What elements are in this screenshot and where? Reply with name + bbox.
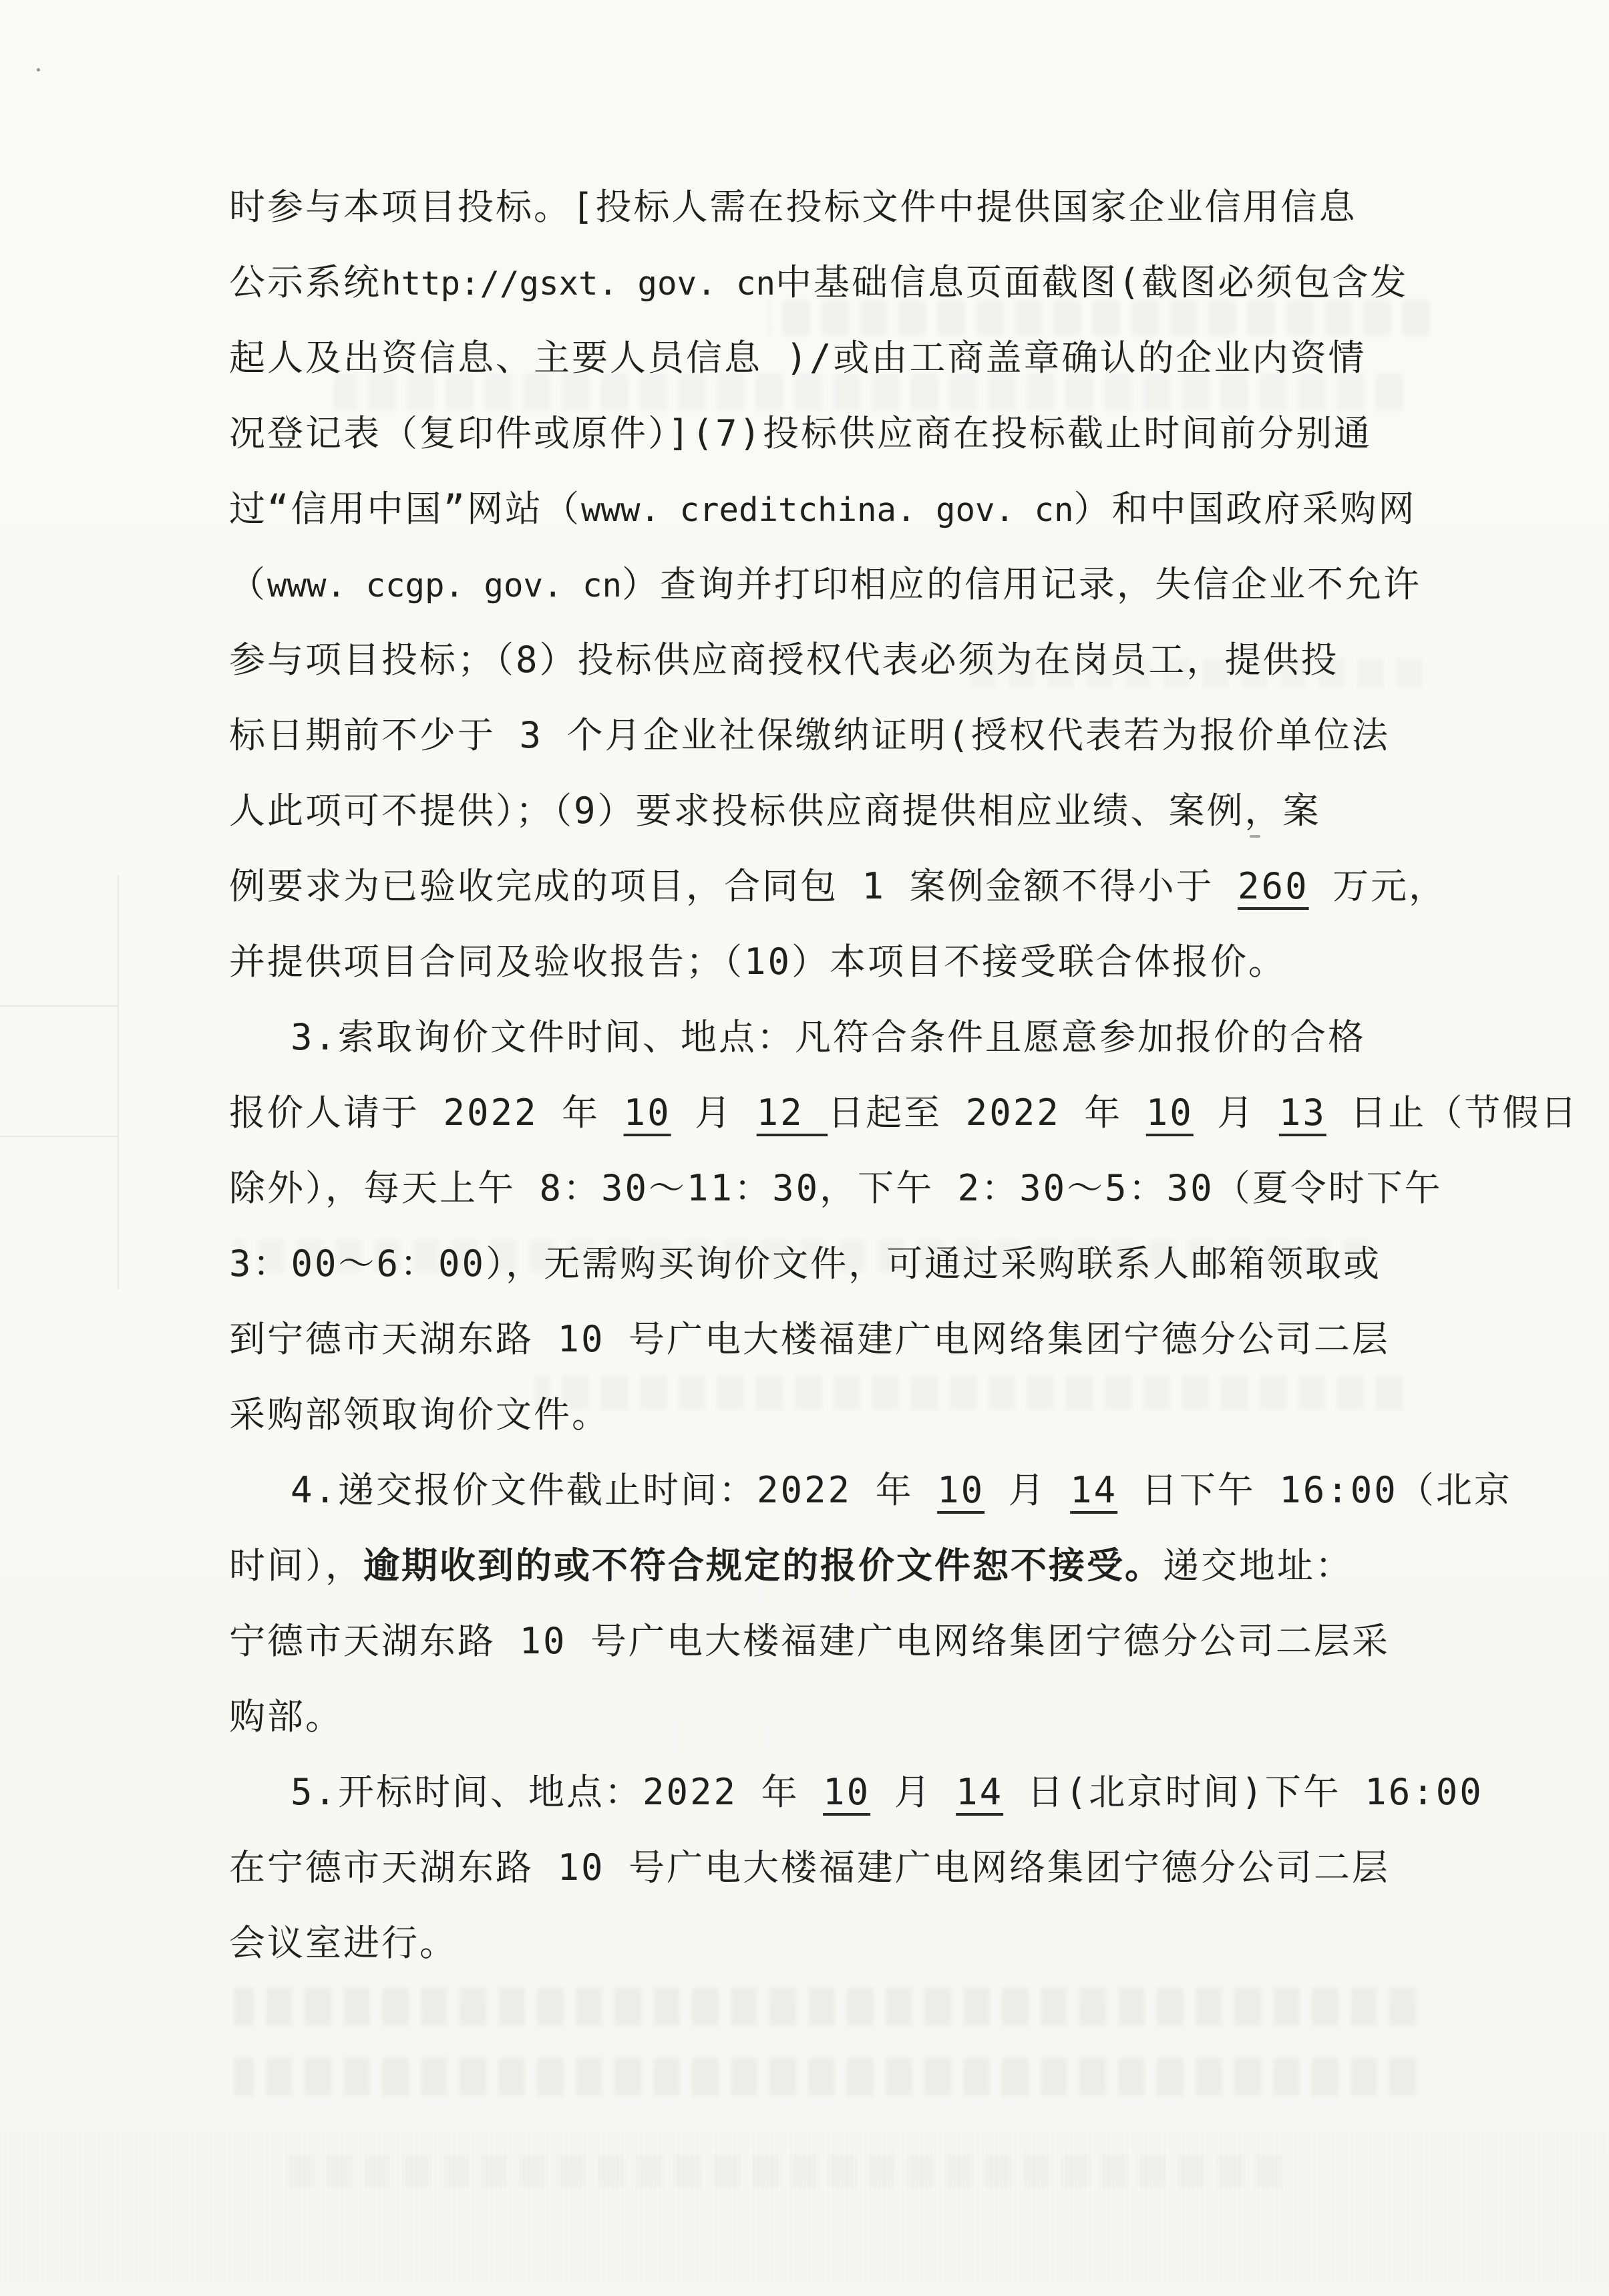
bleed-through-table-line [118, 875, 119, 1289]
text-segment: 月 [870, 1771, 956, 1813]
underlined-value: 14 [956, 1771, 1003, 1813]
text-segment: http://gsxt. gov. cn [381, 265, 775, 303]
bleed-through-ghost [234, 2058, 1416, 2096]
text-line-19: 时间），逾期收到的或不符合规定的报价文件恕不接受。递交地址： [229, 1528, 1511, 1603]
text-line-2: 公示系统http://gsxt. gov. cn中基础信息页面截图(截图必须包含… [229, 244, 1511, 320]
text-line-7: 参与项目投标；（8）投标供应商授权代表必须为在岗员工，提供投 [229, 622, 1511, 697]
text-line-14: 除外），每天上午 8：30～11：30，下午 2：30～5：30（夏令时下午 [229, 1150, 1511, 1226]
text-line-23: 在宁德市天湖东路 10 号广电大楼福建广电网络集团宁德分公司二层 [229, 1830, 1511, 1905]
text-segment: 日止（节假日 [1326, 1092, 1579, 1134]
bleed-through-table-line [0, 1136, 119, 1137]
underlined-value: 10 [1146, 1092, 1194, 1134]
bleed-through-table-line [0, 1005, 119, 1007]
text-segment: 万元， [1309, 865, 1447, 907]
text-segment: 日下午 16:00（北京 [1117, 1469, 1512, 1511]
underlined-value: 10 [937, 1469, 985, 1511]
text-line-1: 时参与本项目投标。[投标人需在投标文件中提供国家企业信用信息 [229, 169, 1511, 244]
text-line-8: 标日期前不少于 3 个月企业社保缴纳证明(授权代表若为报价单位法 [229, 697, 1511, 773]
text-segment: www. ccgp. gov. cn [267, 566, 622, 605]
text-segment: 除外），每天上午 8：30～11：30，下午 2：30～5：30（夏令时下午 [229, 1167, 1443, 1209]
underlined-value: 260 [1238, 865, 1309, 907]
text-segment: 月 [1194, 1092, 1279, 1134]
text-line-6: （www. ccgp. gov. cn）查询并打印相应的信用记录，失信企业不允许 [229, 546, 1511, 622]
text-segment: 时参与本项目投标。[投标人需在投标文件中提供国家企业信用信息 [229, 186, 1357, 228]
underlined-value: 13 [1279, 1092, 1326, 1134]
bleed-through-ghost [281, 2154, 1282, 2188]
text-segment: 采购部领取询价文件。 [229, 1393, 610, 1436]
text-line-4: 况登记表（复印件或原件）](7)投标供应商在投标截止时间前分别通 [229, 395, 1511, 471]
text-segment: 例要求为已验收完成的项目，合同包 1 案例金额不得小于 [229, 865, 1238, 907]
text-segment: 宁德市天湖东路 10 号广电大楼福建广电网络集团宁德分公司二层采 [229, 1620, 1390, 1662]
text-line-16: 到宁德市天湖东路 10 号广电大楼福建广电网络集团宁德分公司二层 [229, 1301, 1511, 1377]
text-segment: 日(北京时间)下午 16:00 [1003, 1771, 1483, 1813]
text-segment: 时间）， [229, 1544, 363, 1587]
text-line-24: 会议室进行。 [229, 1905, 1511, 1981]
text-segment: 会议室进行。 [229, 1922, 458, 1964]
text-line-15: 3：00～6：00），无需购买询价文件，可通过采购联系人邮箱领取或 [229, 1226, 1511, 1301]
text-line-3: 起人及出资信息、主要人员信息 )/或由工商盖章确认的企业内资情 [229, 320, 1511, 395]
text-segment: 中基础信息页面截图(截图必须包含发 [775, 261, 1409, 303]
text-line-20: 宁德市天湖东路 10 号广电大楼福建广电网络集团宁德分公司二层采 [229, 1603, 1511, 1679]
text-line-17: 采购部领取询价文件。 [229, 1377, 1511, 1452]
underlined-value: 10 [624, 1092, 671, 1134]
text-segment: 并提供项目合同及验收报告；（10）本项目不接受联合体报价。 [229, 941, 1286, 983]
text-segment: 递交地址： [1163, 1544, 1353, 1587]
text-line-21: 购部。 [229, 1679, 1511, 1754]
text-segment: 在宁德市天湖东路 10 号广电大楼福建广电网络集团宁德分公司二层 [229, 1846, 1390, 1889]
text-line-13: 报价人请于 2022 年 10 月 12 日起至 2022 年 10 月 13 … [229, 1075, 1511, 1150]
bleed-through-ghost [234, 1987, 1416, 2026]
text-line-12: 3.索取询价文件时间、地点：凡符合条件且愿意参加报价的合格 [229, 999, 1511, 1075]
text-line-5: 过“信用中国”网站（www. creditchina. gov. cn）和中国政… [229, 471, 1511, 546]
text-segment: www. creditchina. gov. cn [581, 491, 1074, 529]
underlined-value: 14 [1070, 1469, 1117, 1511]
scan-noise-band [0, 2131, 1609, 2285]
ink-speck [37, 68, 40, 71]
text-segment: 3：00～6：00），无需购买询价文件，可通过采购联系人邮箱领取或 [229, 1243, 1381, 1285]
text-segment: 购部。 [229, 1695, 343, 1738]
text-segment: 起人及出资信息、主要人员信息 )/或由工商盖章确认的企业内资情 [229, 337, 1367, 379]
text-segment: 5.开标时间、地点：2022 年 [291, 1771, 823, 1813]
scanned-page: 时参与本项目投标。[投标人需在投标文件中提供国家企业信用信息公示系统http:/… [0, 0, 1609, 2296]
underlined-value: 12 [757, 1092, 828, 1134]
text-line-22: 5.开标时间、地点：2022 年 10 月 14 日(北京时间)下午 16:00 [229, 1754, 1511, 1830]
text-segment: 报价人请于 2022 年 [229, 1092, 624, 1134]
document-body: 时参与本项目投标。[投标人需在投标文件中提供国家企业信用信息公示系统http:/… [229, 169, 1511, 1981]
text-segment: 到宁德市天湖东路 10 号广电大楼福建广电网络集团宁德分公司二层 [229, 1318, 1390, 1360]
text-line-11: 并提供项目合同及验收报告；（10）本项目不接受联合体报价。 [229, 924, 1511, 999]
text-segment: 日起至 2022 年 [828, 1092, 1146, 1134]
text-segment: 月 [985, 1469, 1070, 1511]
text-segment: 3.索取询价文件时间、地点：凡符合条件且愿意参加报价的合格 [291, 1016, 1366, 1058]
text-segment: ）查询并打印相应的信用记录，失信企业不允许 [622, 563, 1421, 605]
text-segment: 参与项目投标；（8）投标供应商授权代表必须为在岗员工，提供投 [229, 639, 1339, 681]
text-segment: （ [229, 563, 267, 605]
text-segment: 况登记表（复印件或原件）](7)投标供应商在投标截止时间前分别通 [229, 412, 1372, 454]
underlined-value: 10 [823, 1771, 870, 1813]
text-segment: ）和中国政府采购网 [1074, 488, 1417, 530]
text-segment: 月 [671, 1092, 757, 1134]
text-line-9: 人此项可不提供）；（9）要求投标供应商提供相应业绩、案例，案 [229, 773, 1511, 848]
text-segment: 人此项可不提供）；（9）要求投标供应商提供相应业绩、案例，案 [229, 790, 1321, 832]
text-line-10: 例要求为已验收完成的项目，合同包 1 案例金额不得小于 260 万元， [229, 848, 1511, 924]
text-line-18: 4.递交报价文件截止时间：2022 年 10 月 14 日下午 16:00（北京 [229, 1452, 1511, 1528]
text-segment: 4.递交报价文件截止时间：2022 年 [291, 1469, 937, 1511]
text-segment: 公示系统 [229, 261, 381, 303]
text-segment: 过“信用中国”网站（ [229, 488, 581, 530]
text-segment: 标日期前不少于 3 个月企业社保缴纳证明(授权代表若为报价单位法 [229, 714, 1390, 756]
bold-emphasis: 逾期收到的或不符合规定的报价文件恕不接受。 [363, 1544, 1163, 1587]
